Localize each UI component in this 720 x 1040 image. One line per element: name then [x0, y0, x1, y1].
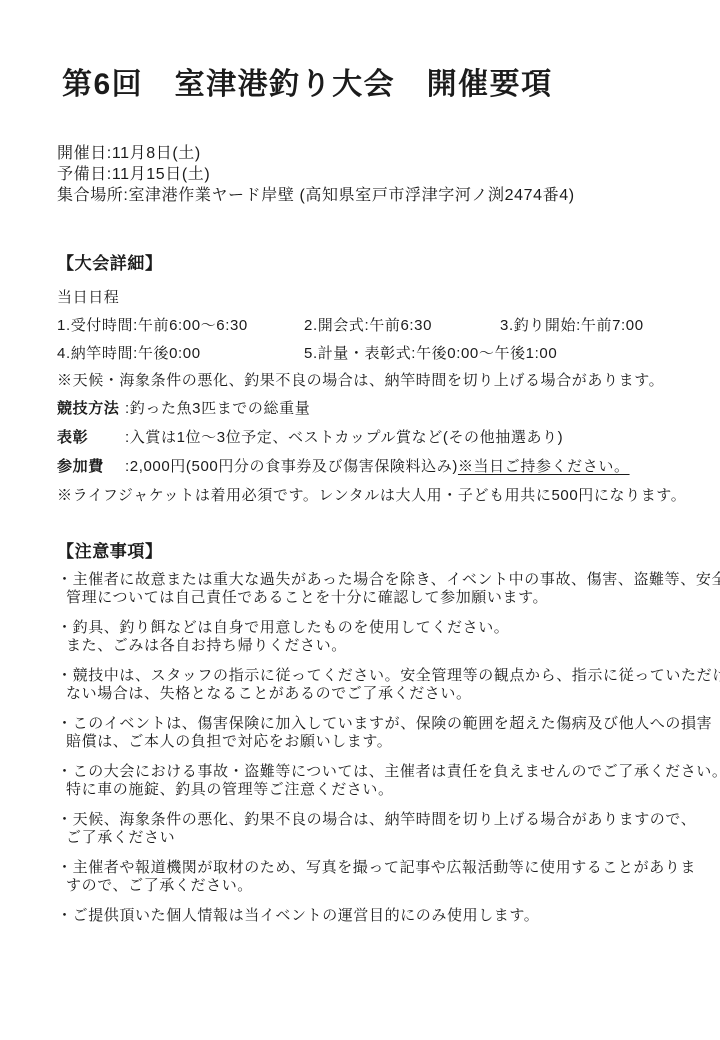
detail-value-method: :釣った魚3匹までの総重量 — [125, 399, 310, 418]
note-item-insurance: ・このイベントは、傷害保険に加入していますが、保険の範囲を超えた傷病及び他人への… — [57, 715, 692, 751]
event-date-line: 開催日:11月8日(土) — [57, 143, 692, 164]
lifejacket-note: ※ライフジャケットは着用必須です。レンタルは大人用・子ども用共に500円になりま… — [57, 486, 692, 505]
note-item-media: ・主催者や報道機関が取材のため、写真を撮って記事や広報活動等に使用することがあり… — [57, 859, 692, 895]
note-item-staff-instructions: ・競技中は、スタッフの指示に従ってください。安全管理等の観点から、指示に従ってい… — [57, 667, 692, 703]
schedule-item-end: 4.納竿時間:午後0:00 — [57, 344, 304, 363]
detail-value-awards: :入賞は1位〜3位予定、ベストカップル賞など(その他抽選あり) — [125, 428, 563, 447]
schedule-item-start: 3.釣り開始:午前7:00 — [500, 316, 644, 335]
detail-label-awards: 表彰 — [57, 428, 125, 447]
notes-section-heading: 【注意事項】 — [57, 541, 692, 563]
document-title: 第6回 室津港釣り大会 開催要項 — [62, 67, 692, 103]
detail-label-method: 競技方法 — [57, 399, 125, 418]
note-item-theft: ・この大会における事故・盗難等については、主催者は責任を負えませんのでご了承くだ… — [57, 763, 692, 799]
event-info-block: 開催日:11月8日(土) 予備日:11月15日(土) 集合場所:室津港作業ヤード… — [57, 143, 692, 206]
detail-row-fee: 参加費 :2,000円(500円分の食事券及び傷害保険料込み) ※当日ご持参くだ… — [57, 457, 692, 476]
detail-value-fee: :2,000円(500円分の食事券及び傷害保険料込み) — [125, 457, 458, 476]
notes-list: ・主催者に故意または重大な過失があった場合を除き、イベント中の事故、傷害、盗難等… — [57, 571, 692, 925]
schedule-weather-note: ※天候・海象条件の悪化、釣果不良の場合は、納竿時間を切り上げる場合があります。 — [57, 371, 692, 390]
detail-value-fee-underlined: ※当日ご持参ください。 — [458, 457, 630, 476]
schedule-label: 当日日程 — [57, 288, 692, 307]
detail-row-awards: 表彰 :入賞は1位〜3位予定、ベストカップル賞など(その他抽選あり) — [57, 428, 692, 447]
backup-date-line: 予備日:11月15日(土) — [57, 164, 692, 185]
schedule-row-2: 4.納竿時間:午後0:00 5.計量・表彰式:午後0:00〜午後1:00 — [57, 344, 692, 363]
detail-row-method: 競技方法 :釣った魚3匹までの総重量 — [57, 399, 692, 418]
detail-label-fee: 参加費 — [57, 457, 125, 476]
note-item-privacy: ・ご提供頂いた個人情報は当イベントの運営目的にのみ使用します。 — [57, 907, 692, 925]
details-section-heading: 【大会詳細】 — [57, 253, 692, 275]
note-item-gear: ・釣具、釣り餌などは自身で用意したものを使用してください。また、ごみは各自お持ち… — [57, 619, 692, 655]
note-item-liability: ・主催者に故意または重大な過失があった場合を除き、イベント中の事故、傷害、盗難等… — [57, 571, 692, 607]
document-page: 第6回 室津港釣り大会 開催要項 開催日:11月8日(土) 予備日:11月15日… — [0, 0, 720, 1040]
schedule-item-opening: 2.開会式:午前6:30 — [304, 316, 500, 335]
meeting-place-line: 集合場所:室津港作業ヤード岸壁 (高知県室戸市浮津字河ノ渕2474番4) — [57, 185, 692, 206]
schedule-row-1: 1.受付時間:午前6:00〜6:30 2.開会式:午前6:30 3.釣り開始:午… — [57, 316, 692, 335]
schedule-item-reception: 1.受付時間:午前6:00〜6:30 — [57, 316, 304, 335]
schedule-item-weighin: 5.計量・表彰式:午後0:00〜午後1:00 — [304, 344, 557, 363]
note-item-weather: ・天候、海象条件の悪化、釣果不良の場合は、納竿時間を切り上げる場合がありますので… — [57, 811, 692, 847]
